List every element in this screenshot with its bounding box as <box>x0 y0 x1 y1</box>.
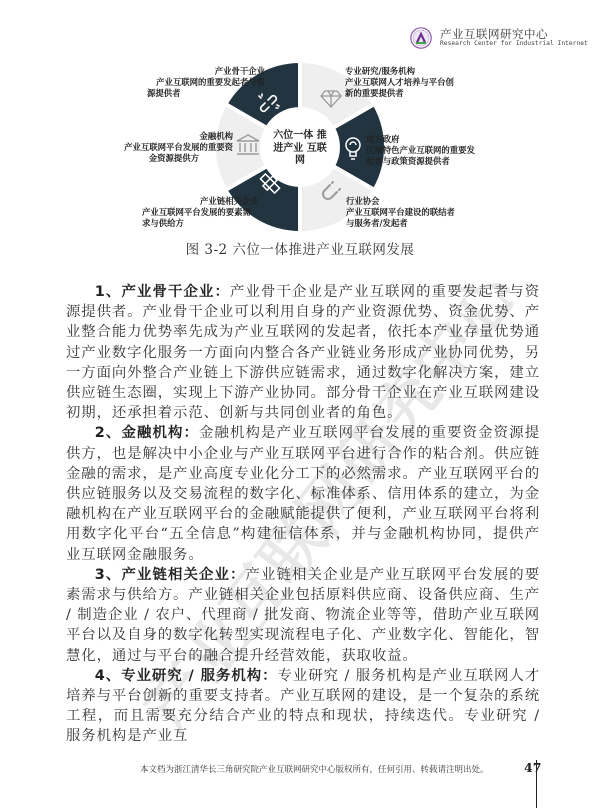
label-supply-chain-enterprises: 产业链相关企业 产业互联网平台发展的要素需 求与供给方 <box>142 196 259 229</box>
label-core-enterprises: 产业骨干企业 产业互联网的重要发起者与资 源提供者 <box>147 66 265 99</box>
paragraph-lead: 4、专业研究 / 服务机构： <box>95 668 278 684</box>
emblem-icon <box>410 27 432 49</box>
label-industry-association: 行业协会 产业互联网平台建设的联结者 与服务者/发起者 <box>346 196 455 229</box>
page-number: 47 <box>524 760 541 775</box>
diagram-center-label: 六位一体 推进产业 互联网 <box>272 130 328 168</box>
paragraph-research-service-orgs: 4、专业研究 / 服务机构：专业研究 / 服务机构是产业互联网人才培养与平台创新… <box>66 666 540 747</box>
label-financial-institutions: 金融机构 产业互联网平台发展的重要资 金资源提供方 <box>118 131 233 164</box>
figure-caption: 图 3-2 六位一体推进产业互联网发展 <box>0 238 600 258</box>
paragraph-lead: 1、产业骨干企业： <box>95 284 230 300</box>
paragraph-lead: 3、产业链相关企业： <box>95 567 246 583</box>
label-research-service-orgs: 专业研究/服务机构 产业互联网人才培养与平台创 新的重要提供者 <box>345 66 454 99</box>
body-text: 1、产业骨干企业：产业骨干企业是产业互联网的重要发起者与资源提供者。产业骨干企业… <box>66 282 540 747</box>
label-local-government: 地方政府 区域特色产业互联网的重要发 起者与政策资源提供者 <box>366 134 475 167</box>
org-name-en: Research Center for Industrial Internet <box>440 40 588 47</box>
copyright-note: 本文档为浙江清华长三角研究院产业互联网研究中心版权所有，任何引用、转载请注明出处… <box>140 763 489 775</box>
paragraph-supply-chain-enterprises: 3、产业链相关企业：产业链相关企业是产业互联网平台发展的要素需求与供给方。产业链… <box>66 565 540 666</box>
page-divider <box>536 760 537 808</box>
paragraph-core-enterprises: 1、产业骨干企业：产业骨干企业是产业互联网的重要发起者与资源提供者。产业骨干企业… <box>66 282 540 423</box>
six-in-one-diagram: 六位一体 推进产业 互联网 产业骨干企业 产业互联网的重要发起者与资 源提供者 … <box>0 55 600 235</box>
header-logo: 产业互联网研究中心 Research Center for Industrial… <box>408 24 598 50</box>
paragraph-lead: 2、金融机构： <box>95 425 199 441</box>
paragraph-financial-institutions: 2、金融机构：金融机构是产业互联网平台发展的重要资金资源提供方，也是解决中小企业… <box>66 423 540 564</box>
